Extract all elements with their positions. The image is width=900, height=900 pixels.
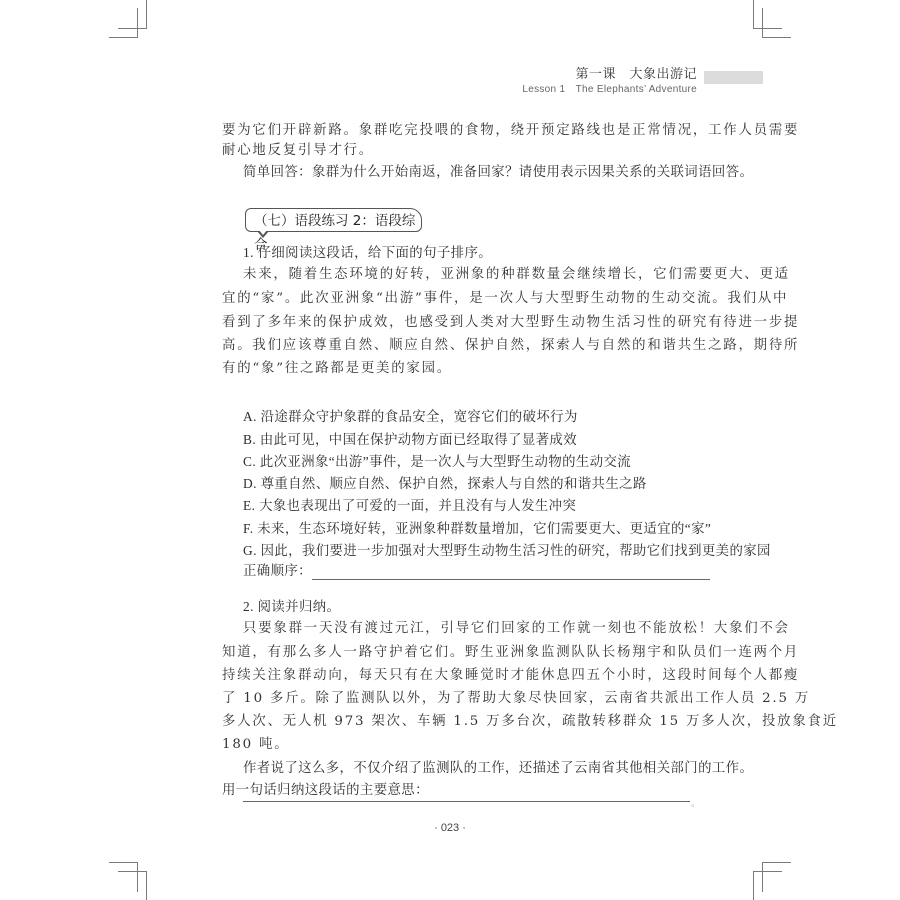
answer-order-row: 正确顺序：: [243, 561, 710, 580]
summary-answer-period: 。: [691, 796, 700, 809]
exercise1-passage-line-3: 看到了多年来的保护成效，也感受到人类对大型野生动物生活习性的研究有待进一步提: [222, 313, 799, 332]
intro-question: 简单回答：象群为什么开始南返，准备回家？请使用表示因果关系的关联词语回答。: [243, 162, 753, 181]
lesson-subtitle: Lesson 1 The Elephants’ Adventure: [522, 80, 697, 95]
exercise2-passage-line-2: 知道，有那么多人一路守护着它们。野生亚洲象监测队队长杨翔宇和队员们一连两个月: [222, 643, 799, 662]
section-heading: （七）语段练习 2：语段综合: [245, 208, 422, 232]
crop-mark-bottom-right-h2: [753, 871, 782, 872]
answer-order-label: 正确顺序：: [243, 563, 312, 578]
crop-mark-bottom-left-h2: [118, 871, 147, 872]
crop-mark-bottom-right-h1: [762, 862, 791, 863]
crop-mark-top-left-v2: [137, 8, 138, 38]
exercise2-question-line-2: 用一句话归纳这段话的主要意思：: [222, 780, 429, 799]
option-c: C. 此次亚洲象“出游”事件，是一次人与大型野生动物的生动交流: [243, 452, 631, 471]
crop-mark-top-left-h1: [118, 28, 147, 29]
exercise1-passage-line-4: 高。我们应该尊重自然、顺应自然、保护自然，探索人与自然的和谐共生之路，期待所: [222, 336, 799, 355]
exercise2-passage-line-6: 180 吨。: [222, 735, 289, 754]
crop-mark-top-right-h1: [753, 28, 782, 29]
exercise1-passage-line-5: 有的“象”往之路都是更美的家园。: [222, 359, 452, 378]
speech-bubble-tail-fill: [259, 230, 267, 235]
exercise2-passage-line-4: 了 10 多斤。除了监测队以外，为了帮助大象尽快回家，云南省共派出工作人员 2.…: [222, 689, 810, 708]
option-g: G. 因此，我们要进一步加强对大型野生动物生活习性的研究，帮助它们找到更美的家园: [243, 541, 771, 560]
crop-mark-bottom-left-h1: [109, 862, 138, 863]
option-f: F. 未来，生态环境好转，亚洲象种群数量增加，它们需要更大、更适宜的“家”: [243, 519, 711, 538]
option-a: A. 沿途群众守护象群的食品安全，宽容它们的破坏行为: [243, 407, 578, 426]
option-e: E. 大象也表现出了可爱的一面，并且没有与人发生冲突: [243, 496, 576, 515]
crop-mark-bottom-left-v1: [137, 862, 138, 892]
crop-mark-top-left-v1: [146, 0, 147, 29]
exercise1-passage-line-1: 未来，随着生态环境的好转，亚洲象的种群数量会继续增长，它们需要更大、更适: [243, 265, 790, 284]
intro-line-1: 要为它们开辟新路。象群吃完投喂的食物，绕开预定路线也是正常情况，工作人员需要: [222, 121, 799, 140]
exercise2-prompt: 2. 阅读并归纳。: [243, 597, 340, 616]
exercise2-passage-line-5: 多人次、无人机 973 架次、车辆 1.5 万多台次，疏散转移群众 15 万多人…: [222, 712, 838, 731]
answer-order-blank[interactable]: [312, 565, 710, 580]
exercise2-question-line-1: 作者说了这么多，不仅介绍了监测队的工作，还描述了云南省其他相关部门的工作。: [243, 758, 753, 777]
crop-mark-bottom-left-v2: [146, 871, 147, 900]
option-b: B. 由此可见，中国在保护动物方面已经取得了显著成效: [243, 430, 577, 449]
exercise1-prompt: 1. 仔细阅读这段话，给下面的句子排序。: [243, 243, 492, 262]
crop-mark-top-right-h2: [762, 37, 791, 38]
summary-answer-blank[interactable]: [243, 801, 690, 802]
crop-mark-top-right-v1: [753, 0, 754, 29]
crop-mark-top-left-h2: [109, 37, 138, 38]
exercise1-passage-line-2: 宜的“家”。此次亚洲象“出游”事件，是一次人与大型野生动物的生动交流。我们从中: [222, 289, 788, 308]
exercise2-passage-line-3: 持续关注象群动向，每天只有在大象睡觉时才能休息四五个小时，这段时间每个人都瘦: [222, 666, 799, 685]
intro-line-2: 耐心地反复引导才行。: [222, 141, 374, 160]
page-number: · 023 ·: [0, 822, 900, 834]
exercise2-passage-line-1: 只要象群一天没有渡过元江，引导它们回家的工作就一刻也不能放松！大象们不会: [243, 619, 790, 638]
option-d: D. 尊重自然、顺应自然、保护自然，探索人与自然的和谐共生之路: [243, 474, 647, 493]
crop-mark-bottom-right-v2: [753, 871, 754, 900]
crop-mark-top-right-v2: [762, 8, 763, 38]
crop-mark-bottom-right-v1: [762, 862, 763, 892]
header-accent-bar: [704, 71, 763, 84]
